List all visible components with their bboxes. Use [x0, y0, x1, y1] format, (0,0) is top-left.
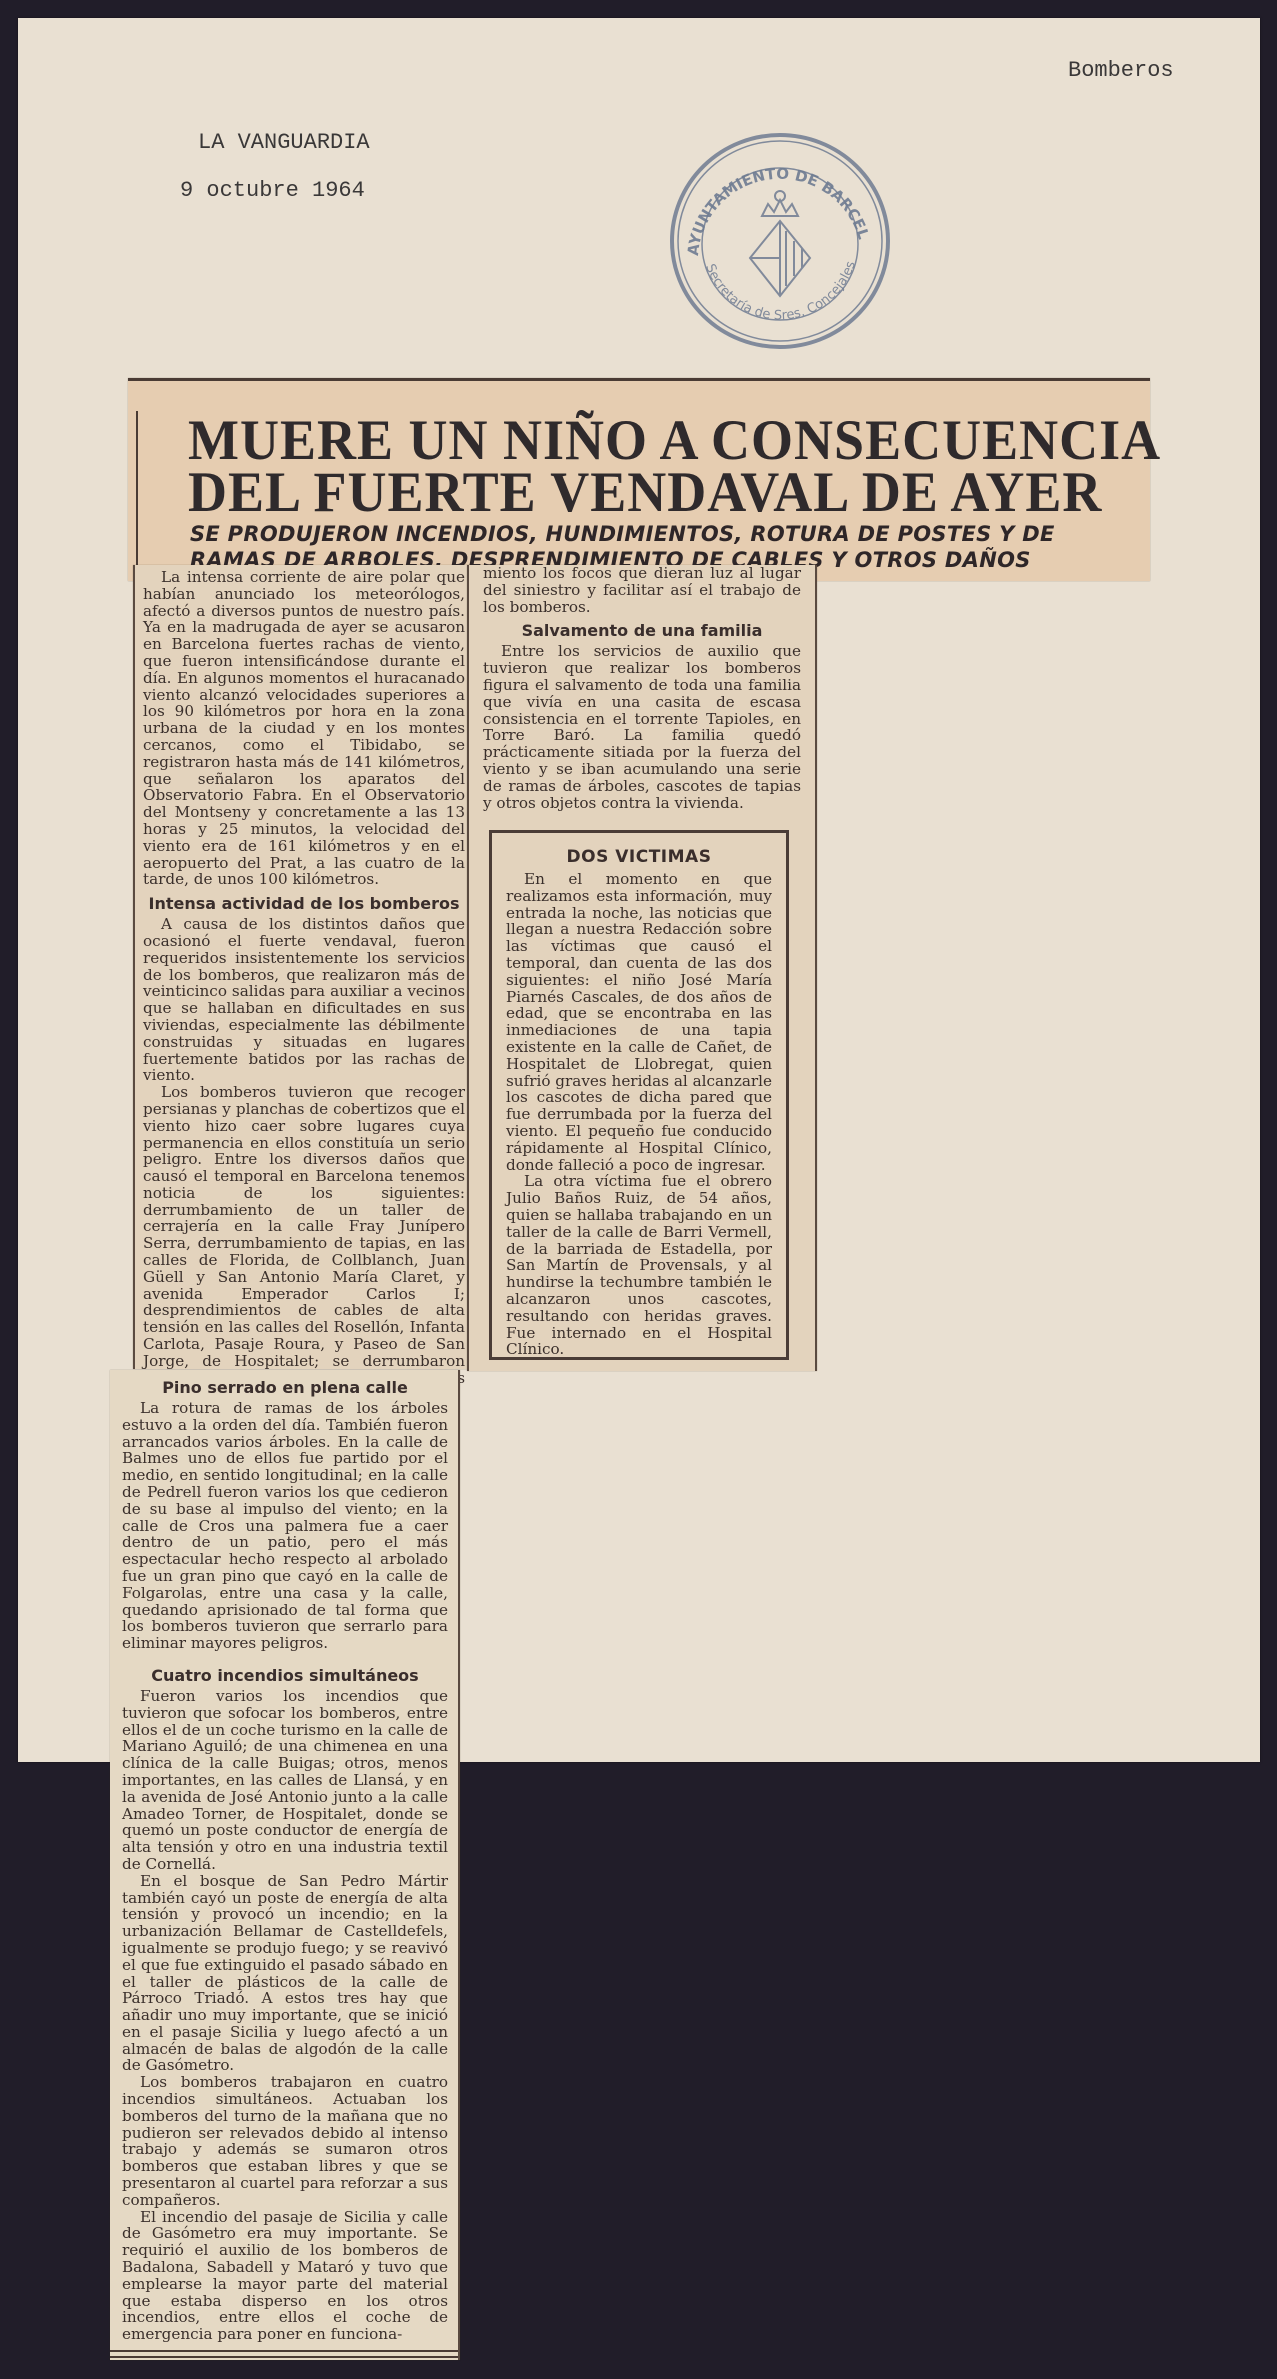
- section-heading: Salvamento de una familia: [483, 621, 801, 641]
- left-column-clipping: La intensa corriente de aire polar que h…: [133, 565, 471, 1369]
- body-paragraph: La otra víctima fue el obrero Julio Baño…: [506, 1173, 772, 1358]
- newspaper-name: LA VANGUARDIA: [198, 130, 370, 155]
- column-rule: [110, 2350, 458, 2352]
- box-heading: DOS VICTIMAS: [506, 845, 772, 869]
- section-heading: Intensa actividad de los bomberos: [143, 894, 465, 914]
- body-paragraph: El incendio del pasaje de Sicilia y call…: [122, 2209, 448, 2343]
- body-paragraph: Fueron varios los incendios que tuvieron…: [122, 1688, 448, 1873]
- body-paragraph: Entre los servicios de auxilio que tuvie…: [483, 643, 801, 811]
- continuation-paragraph: miento los focos que dieran luz al lugar…: [483, 565, 801, 615]
- right-column-clipping: miento los focos que dieran luz al lugar…: [467, 565, 817, 1371]
- svg-text:AYUNTAMIENTO DE BARCELONA: AYUNTAMIENTO DE BARCELONA: [658, 126, 873, 257]
- publication-date: 9 octubre 1964: [180, 178, 365, 203]
- body-paragraph: A causa de los distintos daños que ocasi…: [143, 916, 465, 1084]
- body-paragraph: La rotura de ramas de los árboles estuvo…: [122, 1400, 448, 1652]
- body-paragraph: En el momento en que realizamos esta inf…: [506, 871, 772, 1173]
- headline-clipping: MUERE UN NIÑO A CONSECUENCIA DEL FUERTE …: [128, 378, 1150, 581]
- headline-line-2: DEL FUERTE VENDAVAL DE AYER: [188, 464, 1118, 521]
- lead-paragraph: La intensa corriente de aire polar que h…: [143, 569, 465, 888]
- stamp-top-text: AYUNTAMIENTO DE BARCELONA: [658, 126, 873, 257]
- subheadline-line-1: SE PRODUJERON INCENDIOS, HUNDIMIENTOS, R…: [190, 521, 1120, 548]
- department-label: Bomberos: [1068, 58, 1174, 83]
- body-paragraph: En el bosque de San Pedro Mártir también…: [122, 1873, 448, 2075]
- column-rule: [110, 2356, 458, 2358]
- lower-column-clipping: Pino serrado en plena calle La rotura de…: [110, 1370, 460, 2360]
- coat-of-arms-icon: [750, 191, 810, 296]
- column-rule: [136, 411, 138, 581]
- body-paragraph: Los bomberos tuvieron que recoger persia…: [143, 1084, 465, 1403]
- barcelona-city-stamp-icon: AYUNTAMIENTO DE BARCELONA Secretaría de …: [658, 126, 898, 356]
- victims-box: DOS VICTIMAS En el momento en que realiz…: [489, 830, 789, 1360]
- section-heading: Pino serrado en plena calle: [122, 1378, 448, 1398]
- section-heading: Cuatro incendios simultáneos: [122, 1666, 448, 1686]
- body-paragraph: Los bomberos trabajaron en cuatro incend…: [122, 2074, 448, 2208]
